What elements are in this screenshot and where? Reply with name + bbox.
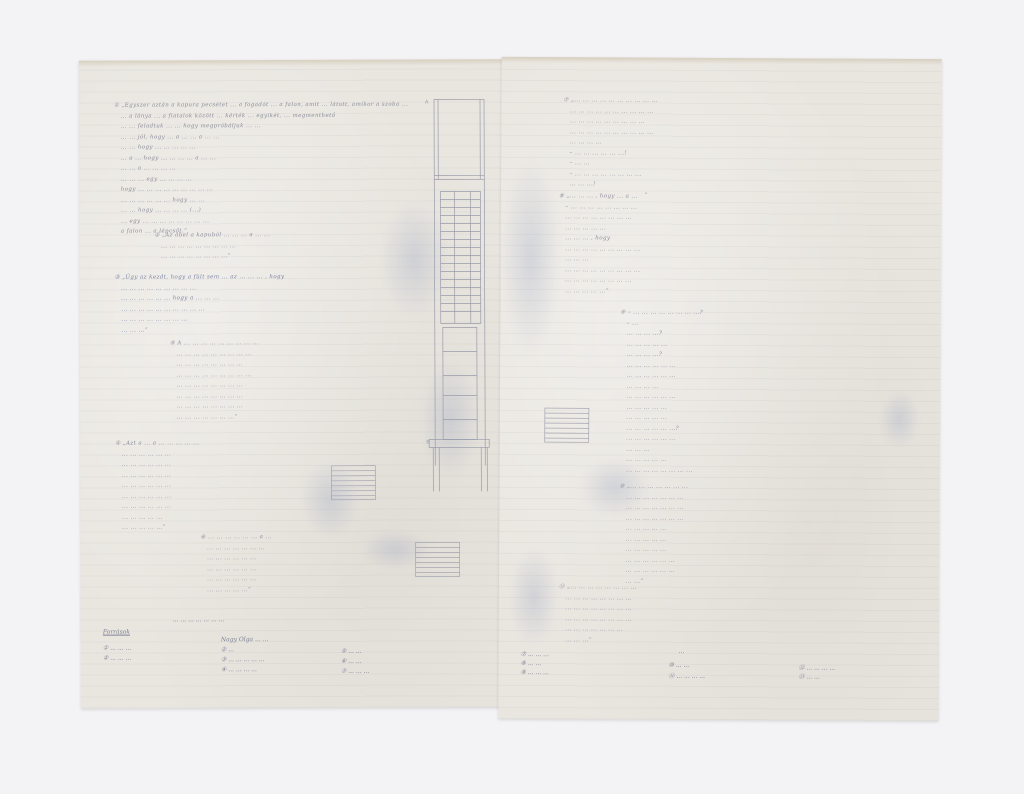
source-item: ⑨ ... ... ... xyxy=(520,669,548,676)
plank-sketch xyxy=(544,407,592,443)
blue-smudge xyxy=(379,199,449,319)
blue-smudge xyxy=(420,359,480,479)
source-item: ⑧ ... ... xyxy=(521,660,542,667)
text-block-11: ⑪ „... ... ... ... ... ... ... ... ... .… xyxy=(559,582,879,654)
blue-smudge xyxy=(579,457,649,517)
text-block-1: ① „Egyszer aztán a kapura pecsétet ... a… xyxy=(114,100,415,251)
text-block-7: ⑦ „... ... ... ... ... ... ... ... ... .… xyxy=(563,95,904,197)
blue-smudge xyxy=(500,157,561,357)
blue-smudge xyxy=(509,547,560,647)
deckle-edge xyxy=(502,57,942,65)
sources-title: Források xyxy=(103,629,130,636)
source-item: ⑫ ... ... ... ... xyxy=(799,662,836,671)
source-item: ⑦ ... ... ... xyxy=(521,651,549,658)
text-block-6: ⑥ ... ... ... ... ... ... a ... ... ... … xyxy=(201,532,371,603)
source-item: ② ... ... ... xyxy=(103,655,131,662)
left-paper-sheet: ① „Egyszer aztán a kapura pecsétet ... a… xyxy=(79,59,505,708)
blue-smudge xyxy=(880,389,920,449)
deckle-edge xyxy=(79,59,503,66)
text-block-9: ⑨ – ... ... ... ... ... ... ... ...? – .… xyxy=(620,307,881,478)
sources-mid-title: ... xyxy=(679,648,685,655)
right-paper-sheet: ⑦ „... ... ... ... ... ... ... ... ... .… xyxy=(498,57,941,721)
source-item: ⑦ ... ... ... xyxy=(341,668,369,675)
text-block-3: ③ „Úgy az kezdt, hogy a fült sem ... az … xyxy=(115,272,415,343)
source-item: ⑥ ... ... xyxy=(341,658,362,665)
source-item: ⑪ ... ... ... ... xyxy=(668,671,705,680)
text-block-2: ② „Az ábel a kapuból ... ... ... a ... .… xyxy=(154,230,414,271)
text-block-10: ⑩ „... ... ... ... ... ... ... ... ... .… xyxy=(619,481,880,590)
source-item: ① ... ... ... xyxy=(103,645,131,652)
blue-smudge xyxy=(361,530,431,570)
sources-mid-title: Nagy Olga ... ... xyxy=(221,636,269,643)
source-item: ⑬ ... ... xyxy=(798,671,819,680)
source-item: ⑤ ... ... xyxy=(341,648,362,655)
source-item: ② ... xyxy=(221,646,234,653)
source-item: ③ ... ... ... ... ... xyxy=(221,656,265,663)
svg-text:A: A xyxy=(425,100,429,106)
source-item: ⑩ ... ... xyxy=(669,662,690,669)
text-block-8: ⑧ „... ... ... , hogy ... a ... – ... ..… xyxy=(558,191,859,303)
text-block-4: ④ A ... ... ... ... ... ... ... ... ... … xyxy=(170,338,420,429)
footer-heading: ... ... ... ... ... ... ... xyxy=(173,616,423,624)
source-item: ④ ... ... ... ... xyxy=(221,666,257,673)
blue-smudge xyxy=(300,460,360,540)
